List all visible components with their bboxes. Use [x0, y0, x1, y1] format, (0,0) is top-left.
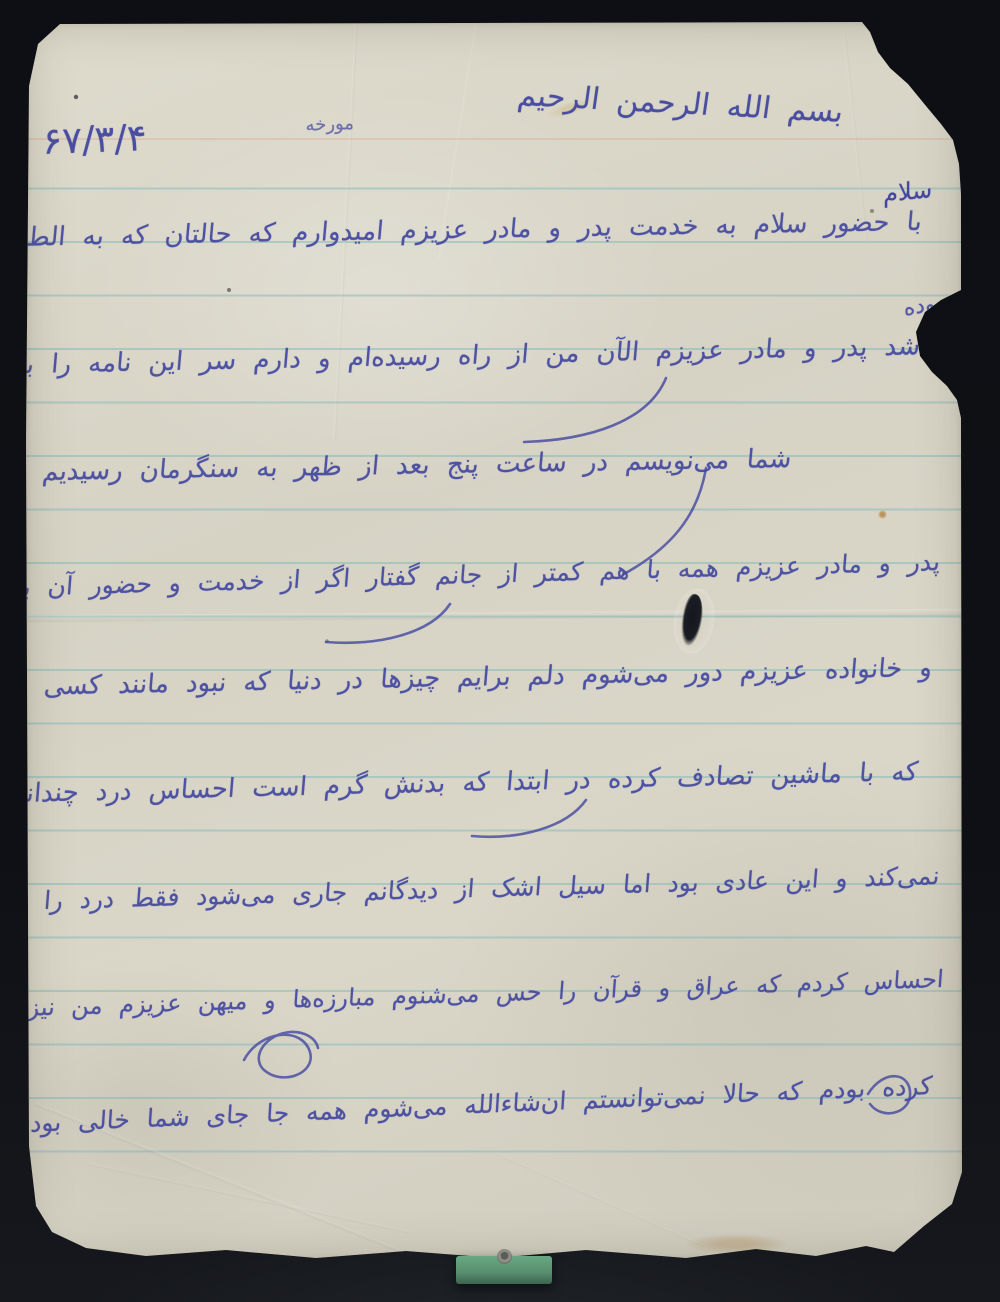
date-label: مورخه	[305, 110, 354, 136]
margin-word: بوده	[903, 290, 943, 322]
paper-specks	[26, 22, 28, 24]
grommet-circle	[497, 1249, 512, 1264]
green-tab	[456, 1256, 552, 1284]
scanner-background: بسم الله الرحمن الرحیم مورخه ۶۷/۳/۴ سلام…	[0, 0, 1000, 1302]
date-value: ۶۷/۳/۴	[42, 117, 148, 163]
bismillah-heading: بسم الله الرحمن الرحیم	[516, 79, 846, 130]
paper-crease	[495, 1152, 706, 1248]
brown-stain	[686, 1234, 786, 1254]
greeting-salam: سلام	[883, 176, 932, 209]
paper-crease	[85, 1162, 408, 1234]
letter-paper: بسم الله الرحمن الرحیم مورخه ۶۷/۳/۴ سلام…	[26, 22, 962, 1260]
